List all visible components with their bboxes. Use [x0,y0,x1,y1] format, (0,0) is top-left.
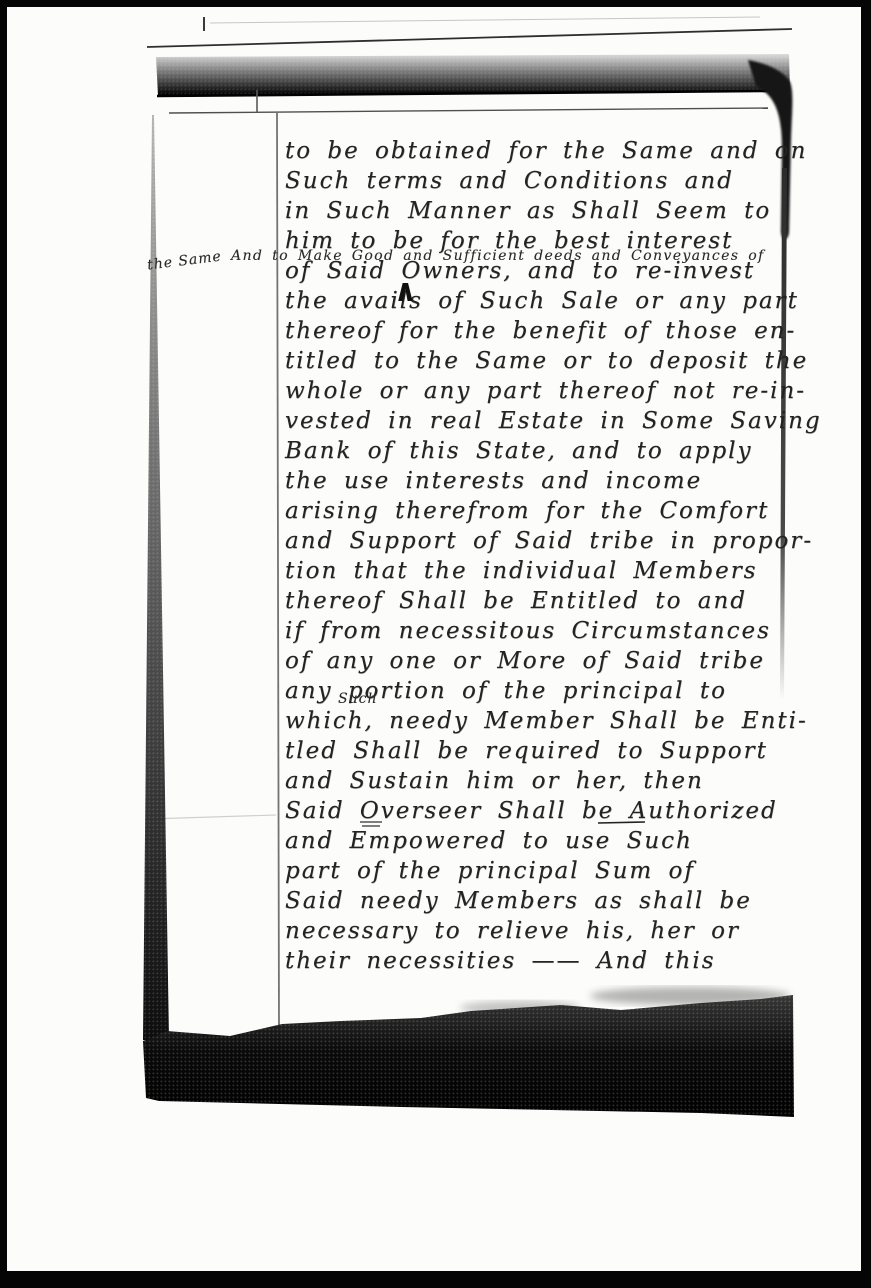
manuscript-line: to be obtained for the Same and on [285,136,822,166]
manuscript-line: whole or any part thereof not re-in- [285,376,822,406]
manuscript-line: the use interests and income [285,466,822,496]
manuscript-line: thereof for the benefit of those en- [285,316,822,346]
manuscript-line: the avails of Such Sale or any part [285,286,822,316]
manuscript-line: and Sustain him or her, then [285,766,822,796]
scanned-document-photo: to be obtained for the Same and on Such … [0,0,871,1288]
manuscript-line: Said Overseer Shall be Authorized [285,796,822,826]
manuscript-line: necessary to relieve his, her or [285,916,822,946]
manuscript-line: in Such Manner as Shall Seem to [285,196,822,226]
manuscript-line: Such terms and Conditions and [285,166,822,196]
manuscript-line: their necessities —— And this [285,946,822,976]
manuscript-line: arising therefrom for the Comfort [285,496,822,526]
manuscript-line: tled Shall be required to Support [285,736,822,766]
manuscript-line: tion that the individual Members [285,556,822,586]
word-insertion: Such [338,691,377,707]
manuscript-line: and Empowered to use Such [285,826,822,856]
manuscript-line: titled to the Same or to deposit the [285,346,822,376]
interline-insertion: And to Make Good and Sufficient deeds an… [231,248,765,264]
manuscript-line: thereof Shall be Entitled to and [285,586,822,616]
manuscript-line: if from necessitous Circumstances [285,616,822,646]
manuscript-line: which, needy Member Shall be Enti- [285,706,822,736]
manuscript-line: of any one or More of Said tribe [285,646,822,676]
manuscript-line: vested in real Estate in Some Saving [285,406,822,436]
caret-mark: ∧ [394,272,417,308]
manuscript-line: Said needy Members as shall be [285,886,822,916]
manuscript-line: Bank of this State, and to apply [285,436,822,466]
manuscript-line: and Support of Said tribe in propor- [285,526,822,556]
manuscript-line: part of the principal Sum of [285,856,822,886]
